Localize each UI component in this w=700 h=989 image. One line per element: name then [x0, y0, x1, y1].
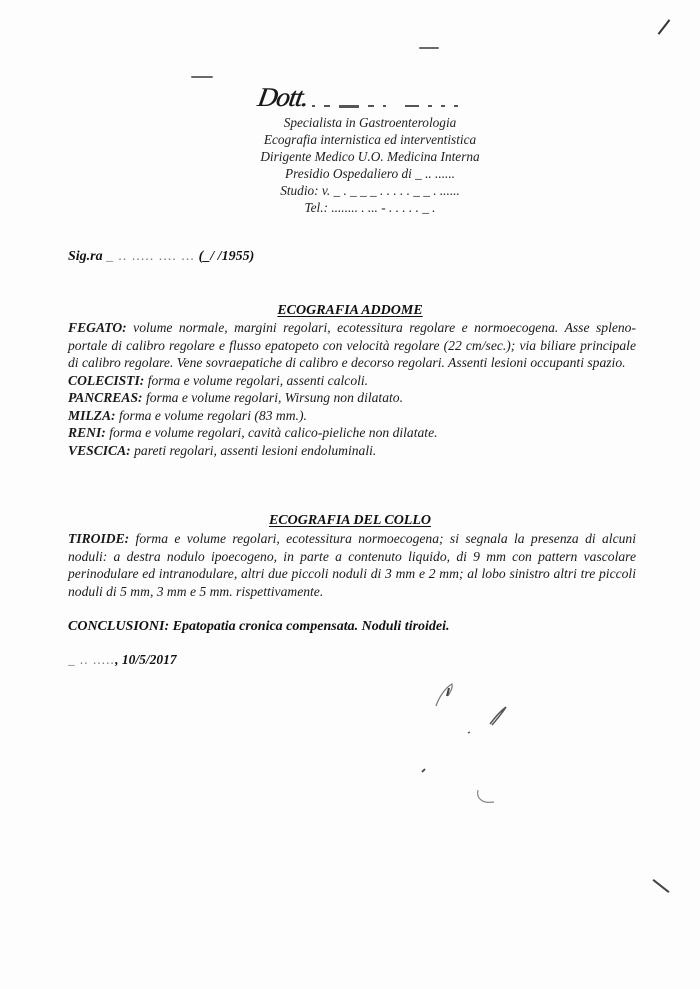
letterhead-position: Dirigente Medico U.O. Medicina Interna — [200, 148, 540, 165]
conclusion-text: Epatopatia cronica compensata. Noduli ti… — [173, 619, 450, 634]
place-date: _ .. ....., 10/5/2017 — [68, 652, 177, 668]
doctor-title: Dott. — [255, 82, 310, 113]
section-neck-body: TIROIDE: forma e volume regolari, ecotes… — [68, 530, 636, 600]
scan-mark — [658, 19, 671, 34]
conclusion: CONCLUSIONI: Epatopatia cronica compensa… — [68, 619, 450, 635]
finding-label: PANCREAS: — [68, 390, 143, 405]
scan-mark — [191, 76, 213, 78]
patient-prefix: Sig.ra — [68, 249, 103, 264]
scan-mark — [419, 47, 439, 49]
finding-label: COLECISTI: — [68, 373, 144, 388]
doctor-name-redacted — [312, 93, 463, 110]
report-date: , 10/5/2017 — [115, 652, 177, 667]
finding-text: pareti regolari, assenti lesioni endolum… — [134, 443, 376, 458]
letterhead: Dott. Specialista in Gastroenterologia E… — [200, 82, 540, 216]
letterhead-studio: Studio: v. _ . _ _ _ . . . . . _ _ . ...… — [200, 182, 540, 199]
finding-label: FEGATO: — [68, 320, 127, 335]
finding-colecisti: COLECISTI: forma e volume regolari, asse… — [68, 372, 636, 390]
section-title-abdomen: ECOGRAFIA ADDOME — [0, 303, 700, 319]
patient-name-redacted: _ .. ..... .... ... — [106, 249, 195, 264]
finding-label: VESCICA: — [68, 443, 131, 458]
finding-fegato: FEGATO: volume normale, margini regolari… — [68, 319, 636, 372]
finding-text: forma e volume regolari (83 mm.). — [119, 408, 307, 423]
finding-tiroide: TIROIDE: forma e volume regolari, ecotes… — [68, 530, 636, 600]
conclusion-label: CONCLUSIONI: — [68, 619, 169, 634]
finding-milza: MILZA: forma e volume regolari (83 mm.). — [68, 407, 636, 425]
patient-birth: (_/ /1955) — [199, 249, 255, 264]
letterhead-ultrasound: Ecografia internistica ed interventistic… — [200, 131, 540, 148]
place-redacted: _ .. ..... — [68, 652, 115, 667]
finding-text: forma e volume regolari, Wirsung non dil… — [146, 390, 403, 405]
finding-label: TIROIDE: — [68, 531, 129, 546]
letterhead-specialty: Specialista in Gastroenterologia — [200, 114, 540, 131]
finding-text: forma e volume regolari, cavità calico-p… — [109, 425, 437, 440]
document-page: Dott. Specialista in Gastroenterologia E… — [0, 0, 700, 989]
finding-vescica: VESCICA: pareti regolari, assenti lesion… — [68, 442, 636, 460]
finding-label: RENI: — [68, 425, 106, 440]
scan-mark — [653, 879, 670, 893]
finding-text: volume normale, margini regolari, ecotes… — [68, 320, 636, 370]
signature — [400, 670, 550, 810]
finding-pancreas: PANCREAS: forma e volume regolari, Wirsu… — [68, 389, 636, 407]
letterhead-hospital: Presidio Ospedaliero di _ .. ...... — [200, 165, 540, 182]
section-abdomen-body: FEGATO: volume normale, margini regolari… — [68, 319, 636, 459]
doctor-name-line: Dott. — [200, 82, 540, 114]
patient-line: Sig.ra _ .. ..... .... ... (_/ /1955) — [68, 249, 254, 265]
finding-label: MILZA: — [68, 408, 116, 423]
finding-text: forma e volume regolari, assenti calcoli… — [148, 373, 368, 388]
finding-reni: RENI: forma e volume regolari, cavità ca… — [68, 424, 636, 442]
letterhead-phone: Tel.: ........ . ... - . . . . . _ . — [200, 199, 540, 216]
finding-text: forma e volume regolari, ecotessitura no… — [68, 531, 636, 599]
section-title-neck: ECOGRAFIA DEL COLLO — [0, 513, 700, 529]
